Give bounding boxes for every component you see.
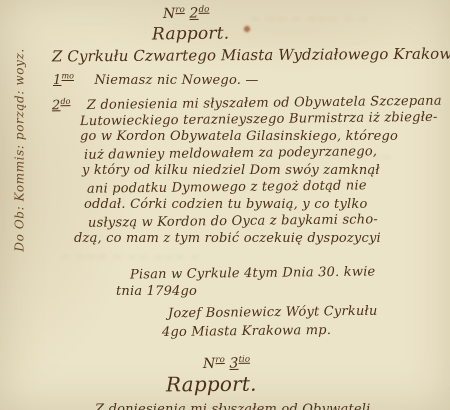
dateline-1: Pisan w Cyrkule 4tym Dnia 30. kwie: [130, 266, 376, 283]
report3-partial-line: Z doniesienia mi słyszałem od Obywateli: [95, 403, 370, 410]
item1-marker: 1mo: [53, 73, 74, 88]
report3-number-value: 3: [229, 356, 238, 372]
body-line: usłyszą w Kordon do Oyca z baykami scho-: [88, 213, 378, 231]
report2-subtitle: Z Cyrkułu Czwartego Miasta Wydziałowego …: [52, 46, 450, 65]
report2-item1: 1mo Niemasz nic Nowego. —: [53, 73, 259, 89]
report3-number-sup2: tio: [238, 355, 250, 365]
report3-title: Rapport.: [166, 373, 257, 396]
report2-number-value: 2: [189, 6, 198, 22]
body-line: oddał. Córki codzien tu bywaią, y co tyl…: [84, 198, 367, 212]
body-line: go w Kordon Obywatela Gilasinskiego, któ…: [80, 130, 398, 144]
report2-title: Rapport.: [152, 25, 230, 45]
report2-number: Nro 2do: [163, 6, 210, 23]
report2-number-sup1: ro: [175, 5, 184, 15]
body-line: iuż dawniey meldowałem za podeyrzanego,: [84, 145, 377, 163]
body-line: dzą, co mam z tym robić oczekuię dyspozy…: [74, 232, 381, 246]
item2-marker: 2do: [52, 98, 71, 113]
signature-line-1: Jozef Bosniewicz Wóyt Cyrkułu: [168, 305, 378, 322]
report3-number-sup1: ro: [215, 355, 224, 365]
body-line: ani podatku Dymowego z tegoż dotąd nie: [87, 179, 367, 197]
dateline-2: tnia 1794go: [116, 285, 197, 299]
report2-number-base: N: [163, 6, 176, 22]
margin-docket-note: Do Ob: Kommis: porząd: woyz.: [13, 52, 26, 252]
showthrough-mark: ~ ~~~ ~ ~~ ~~~ ~: [60, 250, 200, 265]
item1-text: Niemasz nic Nowego. —: [94, 73, 258, 88]
signature-line-2: 4go Miasta Krakowa mp.: [162, 324, 331, 340]
report2-number-sup2: do: [198, 5, 209, 15]
body-line: Lutowieckiego teraznieyszego Burmistrza …: [80, 111, 438, 130]
report3-number: Nro 3tio: [203, 356, 250, 373]
body-line: y który od kilku niedziel Dom swóy zamkn…: [82, 164, 380, 178]
manuscript-page: ~ ~~ ~ ~~~ ~ ~ ~~ ~ ~~ ~ ~~~ ~ ~~ ~~~ ~ …: [0, 0, 450, 410]
report3-number-base: N: [203, 356, 216, 372]
showthrough-mark: ~ ~~ ~ ~~~ ~ ~: [250, 12, 369, 27]
